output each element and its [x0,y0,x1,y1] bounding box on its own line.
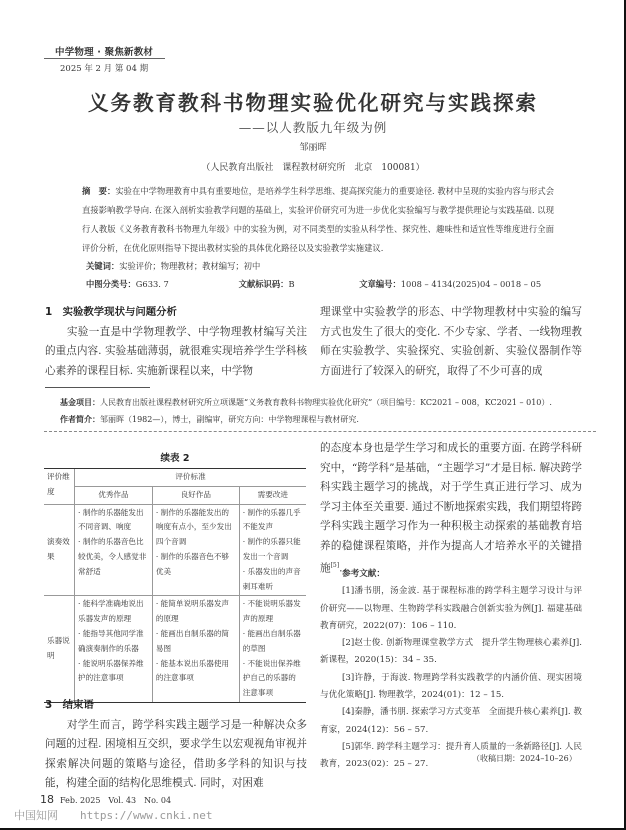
article-subtitle: ——以人教版九年级为例 [0,118,626,136]
column-header: 良好作品 [152,486,239,504]
classification-line: 中图分类号：G633. 7 文献标识码：B 文章编号：1008 – 4134(2… [86,278,541,290]
watermark-url[interactable]: https://www.cnki.net [80,809,212,822]
keywords: 关键词：实验评价；物理教材；教材编写；初中 [86,260,260,272]
references: 参考文献： [1]潘书朋，汤金波. 基于课程标准的跨学科主题学习设计与评价研究—… [320,566,582,774]
table-row: 乐器说明 · 能科学准确地说出乐器发声的原理 · 能指导其他同学准确演奏制作的乐… [44,596,306,703]
reference-item: [2]赵士俊. 创新物理课堂教学方式 提升学生物理核心素养[J]. 新课程，20… [320,635,582,670]
cnki-watermark: 中国知网https://www.cnki.net [14,807,212,823]
article-number: 文章编号：1008 – 4134(2025)04 – 0018 – 05 [359,278,541,290]
bio-text: 邹丽晖（1982—），博士，副编审，研究方向：中学物理课程与教材研究. [100,415,359,424]
journal-divider [44,58,165,59]
footnotes: 基金项目：人民教育出版社课程教材研究所立项课题“义务教育教科书物理实验优化研究”… [60,394,600,428]
section3-heading: 3 结束语 [45,696,307,716]
criteria-header: 评价标准 [75,469,307,487]
reference-item: [4]秦静，潘书朋. 探索学习方式变革 全面提升核心素养[J]. 教育家，202… [320,704,582,739]
issue-date: 2025 年 2 月 第 04 期 [60,62,148,74]
article-no-label: 文章编号： [359,279,401,289]
abstract-text: 实验在中学物理教育中具有重要地位，是培养学生科学思维、提高探究能力的重要途径. … [82,186,554,253]
article-title: 义务教育教科书物理实验优化研究与实践探索 [0,86,626,116]
dimension-header: 评价维度 [44,469,75,505]
clc-value: G633. 7 [136,279,169,289]
page-footer: 18Feb. 2025 Vol. 43 No. 04 [40,793,171,806]
author-name: 邹丽晖 [0,140,626,153]
abstract-label: 摘 要： [82,186,115,196]
section1-left-column: 1 实验教学现状与问题分析 实验一直是中学物理教学、中学物理教材编写关注的重点内… [45,303,307,381]
section3-left-text: 对学生而言，跨学科实践主题学习是一种解决众多问题的过程. 困境相互交织，要求学生… [45,716,307,794]
issue-english: Feb. 2025 Vol. 43 No. 04 [60,796,171,805]
journal-name: 中学物理 · 聚焦新教材 [55,44,153,58]
fund-text: 人民教育出版社课程教材研究所立项课题“义务教育教科书物理实验优化研究”（项目编号… [100,398,552,407]
column-header: 需要改进 [239,486,306,504]
author-affiliation: （人民教育出版社 课程教材研究所 北京 100081） [0,160,626,173]
clc-label: 中图分类号： [86,279,136,289]
row-dimension: 乐器说明 [44,596,75,703]
doc-code-value: B [288,279,294,289]
reference-item: [1]潘书朋，汤金波. 基于课程标准的跨学科主题学习设计与评价研究——以物理、生… [320,583,582,635]
column-header: 优秀作品 [75,486,153,504]
evaluation-table: 评价维度 评价标准 优秀作品 良好作品 需要改进 演奏效果 · 制作的乐器能发出… [44,468,306,703]
page-break-divider [44,431,596,432]
article-no-value: 1008 – 4134(2025)04 – 0018 – 05 [401,279,541,289]
footnote-divider [45,387,150,388]
table-cell: · 不能说明乐器发声的原理 · 能画出自制乐器的草图 · 不能说出保养维护自己的… [239,596,306,703]
table-row: 演奏效果 · 制作的乐器能发出不同音调、响度 · 制作的乐器音色比较优美，令人感… [44,504,306,596]
page-number: 18 [40,793,54,806]
table-cell: · 制作的乐器能发出不同音调、响度 · 制作的乐器音色比较优美，令人感觉非常舒适 [75,504,153,596]
section1-right-text: 理课堂中实验教学的形态、中学物理教材中实验的编写方式也发生了很大的变化. 不少专… [320,303,582,381]
section1-right-column: 理课堂中实验教学的形态、中学物理教材中实验的编写方式也发生了很大的变化. 不少专… [320,303,582,381]
section1-left-text: 实验一直是中学物理教学、中学物理教材编写关注的重点内容. 实验基础薄弱，就很难实… [45,323,307,382]
bio-label: 作者简介： [60,415,100,424]
table-cell: · 能简单说明乐器发声的原理 · 能画出自制乐器的简易图 · 能基本说出乐器使用… [152,596,239,703]
document-code: 文献标识码：B [239,278,357,290]
author-bio: 作者简介：邹丽晖（1982—），博士，副编审，研究方向：中学物理课程与教材研究. [60,411,600,428]
received-date: （收稿日期：2024–10–26） [472,753,577,764]
section1-heading: 1 实验教学现状与问题分析 [45,303,307,323]
row-dimension: 演奏效果 [44,504,75,596]
table-title: 续表 2 [44,450,306,464]
table-cell: · 制作的乐器能发出的响度有点小，至少发出四个音调 · 制作的乐器音色不够优美 [152,504,239,596]
table-cell: · 制作的乐器几乎不能发声 · 制作的乐器只能发出一个音调 · 乐器发出的声音刺… [239,504,306,596]
references-heading: 参考文献： [320,566,582,583]
reference-item: [3]许静，于海波. 物理跨学科实践教学的内涵价值、现实困境与优化策略[J]. … [320,670,582,705]
section3-left-column: 3 结束语 对学生而言，跨学科实践主题学习是一种解决众多问题的过程. 困境相互交… [45,696,307,794]
watermark-name: 中国知网 [14,809,58,822]
table-cell: · 能科学准确地说出乐器发声的原理 · 能指导其他同学准确演奏制作的乐器 · 能… [75,596,153,703]
clc-number: 中图分类号：G633. 7 [86,278,236,290]
fund-label: 基金项目： [60,398,100,407]
section3-right-text: 的态度本身也是学生学习和成长的重要方面. 在跨学科研究中，“跨学科”是基础，“主… [320,442,582,575]
doc-code-label: 文献标识码： [239,279,289,289]
fund-note: 基金项目：人民教育出版社课程教材研究所立项课题“义务教育教科书物理实验优化研究”… [60,394,600,411]
section3-right-column: 的态度本身也是学生学习和成长的重要方面. 在跨学科研究中，“跨学科”是基础，“主… [320,439,582,579]
abstract: 摘 要：实验在中学物理教育中具有重要地位，是培养学生科学思维、提高探究能力的重要… [82,182,554,258]
keywords-text: 实验评价；物理教材；教材编写；初中 [119,261,260,271]
keywords-label: 关键词： [86,261,119,271]
